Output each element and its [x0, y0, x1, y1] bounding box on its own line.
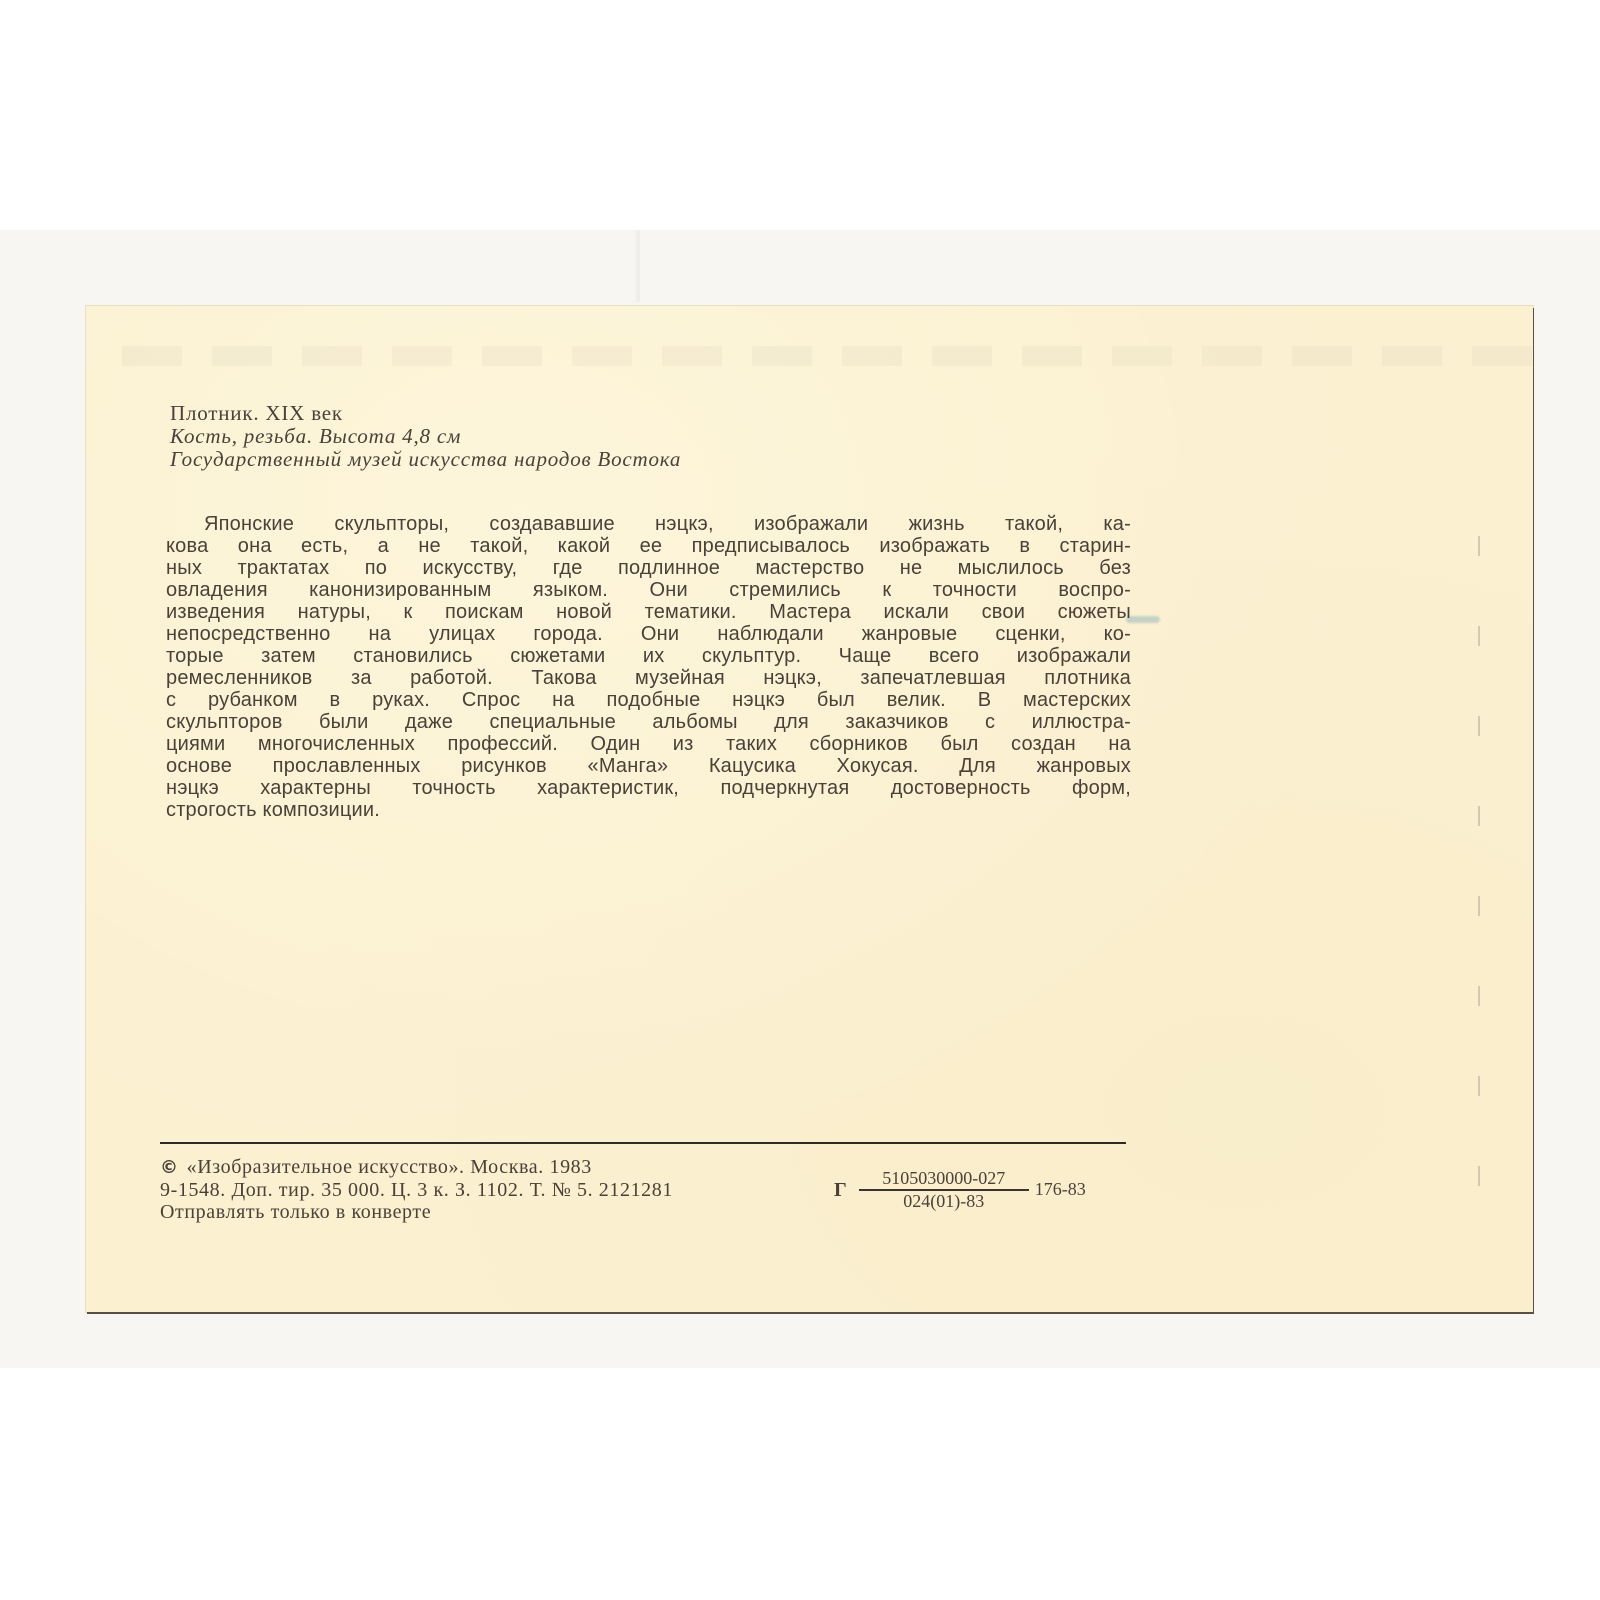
index-suffix: 176-83 [1035, 1179, 1086, 1200]
mailing-note: Отправлять только в конверте [160, 1201, 673, 1223]
index-fraction: 5105030000-027 024(01)-83 [859, 1168, 1029, 1212]
paragraph-line: непосредственно на улицах города. Они на… [166, 623, 1131, 645]
paragraph-line: кова она есть, а не такой, какой ее пред… [166, 535, 1131, 557]
faded-print-marks [122, 346, 1542, 366]
perforation-marks [1478, 536, 1480, 1196]
paragraph-line: ных трактатах по искусству, где подлинно… [166, 557, 1131, 579]
ink-smudge [1126, 616, 1160, 623]
paragraph-line: с рубанком в руках. Спрос на подобные нэ… [166, 689, 1131, 711]
index-prefix: Г [834, 1179, 847, 1202]
index-denominator: 024(01)-83 [897, 1191, 990, 1212]
paragraph-line: циями многочисленных профессий. Один из … [166, 733, 1131, 755]
publisher-imprint: ©«Изобразительное искусство». Москва. 19… [160, 1156, 673, 1223]
artwork-material: Кость, резьба. Высота 4,8 см [170, 425, 681, 448]
publisher-line: ©«Изобразительное искусство». Москва. 19… [160, 1156, 673, 1179]
paragraph-line: нэцкэ характерны точность характеристик,… [166, 777, 1131, 799]
artwork-title: Плотник. XIX век [170, 402, 681, 425]
paragraph-line: основе прославленных рисунков «Манга» Ка… [166, 755, 1131, 777]
description-paragraph: Японские скульпторы, создававшие нэцкэ, … [166, 513, 1131, 821]
postcard-back: Плотник. XIX век Кость, резьба. Высота 4… [86, 306, 1533, 1312]
paragraph-line: Японские скульпторы, создававшие нэцкэ, … [166, 513, 1131, 535]
artwork-caption: Плотник. XIX век Кость, резьба. Высота 4… [170, 402, 681, 471]
paragraph-line: скульпторов были даже специальные альбом… [166, 711, 1131, 733]
catalog-index-code: Г 5105030000-027 024(01)-83 176-83 [834, 1168, 1086, 1212]
paragraph-line: изведения натуры, к поискам новой темати… [166, 601, 1131, 623]
paragraph-line: строгость композиции. [166, 799, 1131, 821]
publisher-text: «Изобразительное искусство». Москва. 198… [187, 1156, 592, 1178]
paragraph-line: ремесленников за работой. Такова музейна… [166, 667, 1131, 689]
paragraph-line: торые затем становились сюжетами их скул… [166, 645, 1131, 667]
divider-rule [160, 1142, 1126, 1144]
copyright-icon: © [160, 1157, 179, 1178]
scanner-crease [636, 230, 640, 302]
print-run-line: 9-1548. Доп. тир. 35 000. Ц. 3 к. З. 110… [160, 1179, 673, 1201]
index-numerator: 5105030000-027 [876, 1168, 1011, 1189]
artwork-museum: Государственный музей искусства народов … [170, 448, 681, 471]
paragraph-line: овладения канонизированным языком. Они с… [166, 579, 1131, 601]
